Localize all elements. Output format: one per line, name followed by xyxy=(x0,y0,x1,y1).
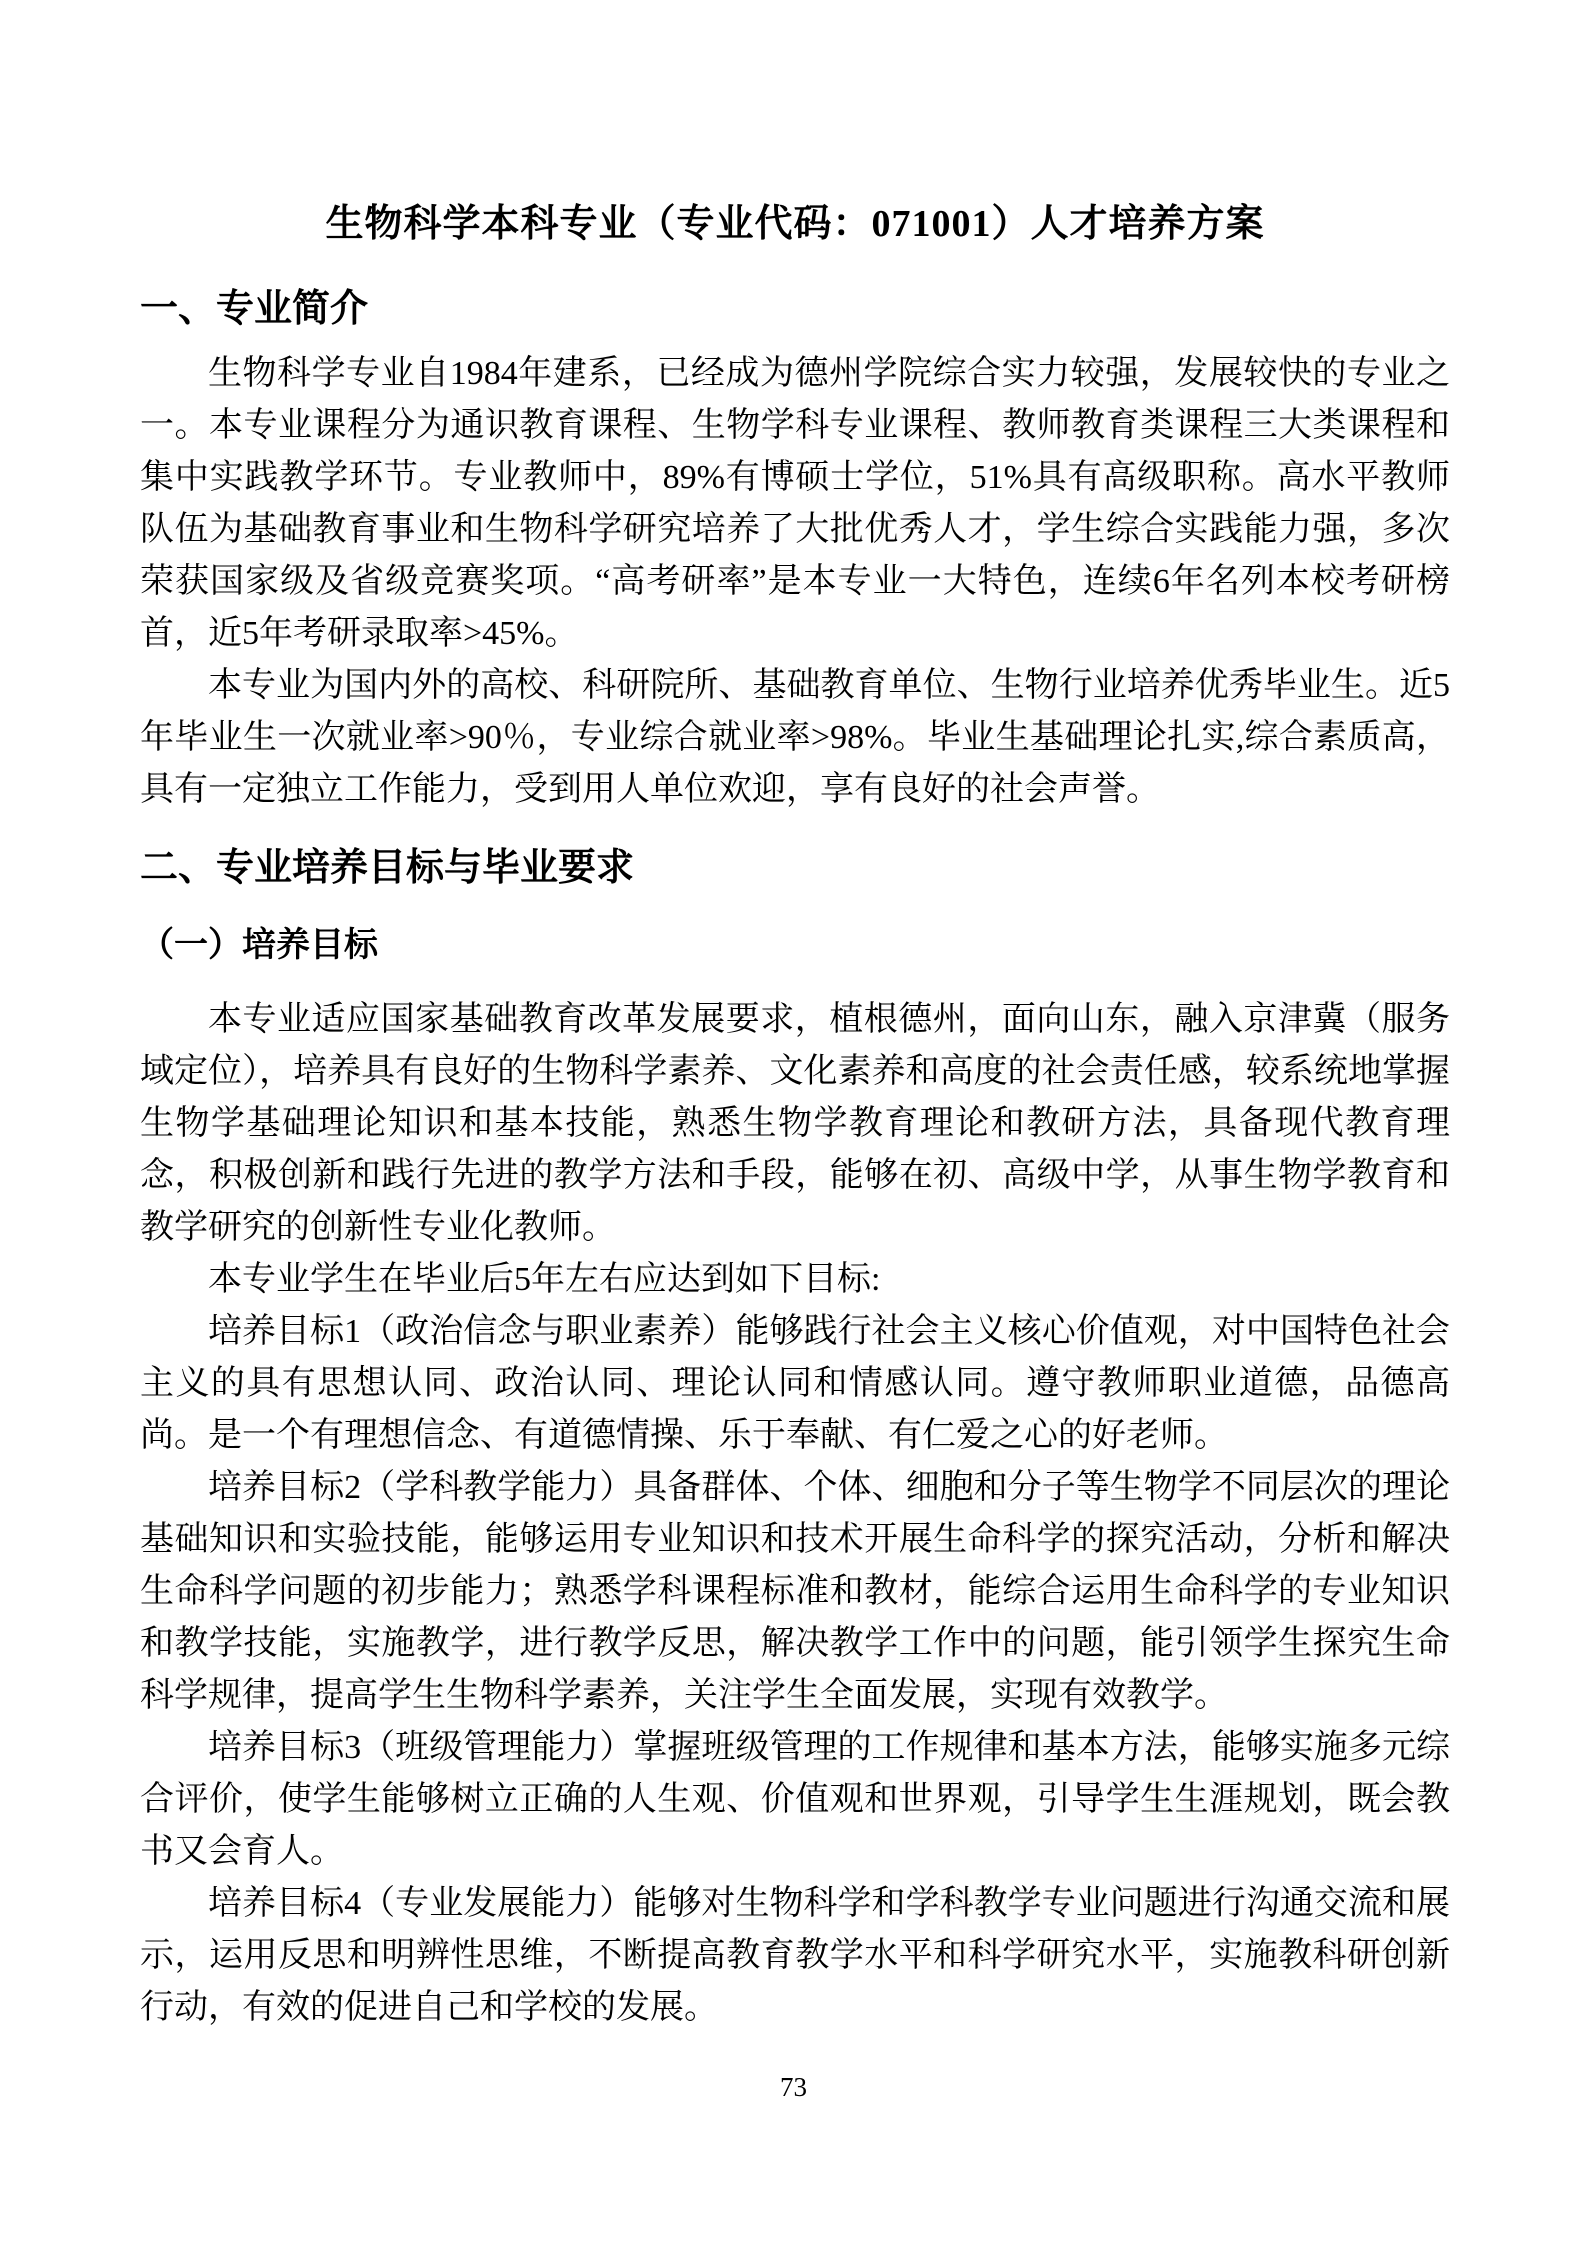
goals-paragraph-lead-in: 本专业学生在毕业后5年左右应达到如下目标: xyxy=(140,1254,1450,1306)
subsection-heading-training-goals: （一）培养目标 xyxy=(140,917,1450,966)
section-heading-intro: 一、专业简介 xyxy=(140,277,1450,332)
intro-paragraph-1: 生物科学专业自1984年建系，已经成为德州学院综合实力较强，发展较快的专业之一。… xyxy=(140,348,1450,660)
section-heading-goals: 二、专业培养目标与毕业要求 xyxy=(140,836,1450,891)
page-number: 73 xyxy=(0,2072,1587,2103)
goals-paragraph-overview: 本专业适应国家基础教育改革发展要求，植根德州，面向山东，融入京津冀（服务域定位）… xyxy=(140,994,1450,1254)
intro-paragraph-2: 本专业为国内外的高校、科研院所、基础教育单位、生物行业培养优秀毕业生。近5年毕业… xyxy=(140,660,1450,816)
document-title: 生物科学本科专业（专业代码：071001）人才培养方案 xyxy=(140,192,1450,247)
goal-3-paragraph: 培养目标3（班级管理能力）掌握班级管理的工作规律和基本方法，能够实施多元综合评价… xyxy=(140,1722,1450,1878)
goal-4-paragraph: 培养目标4（专业发展能力）能够对生物科学和学科教学专业问题进行沟通交流和展示，运… xyxy=(140,1878,1450,2034)
document-content: 生物科学本科专业（专业代码：071001）人才培养方案 一、专业简介 生物科学专… xyxy=(0,0,1587,2034)
goal-1-paragraph: 培养目标1（政治信念与职业素养）能够践行社会主义核心价值观，对中国特色社会主义的… xyxy=(140,1306,1450,1462)
goal-2-paragraph: 培养目标2（学科教学能力）具备群体、个体、细胞和分子等生物学不同层次的理论基础知… xyxy=(140,1462,1450,1722)
document-page: 生物科学本科专业（专业代码：071001）人才培养方案 一、专业简介 生物科学专… xyxy=(0,0,1587,2245)
